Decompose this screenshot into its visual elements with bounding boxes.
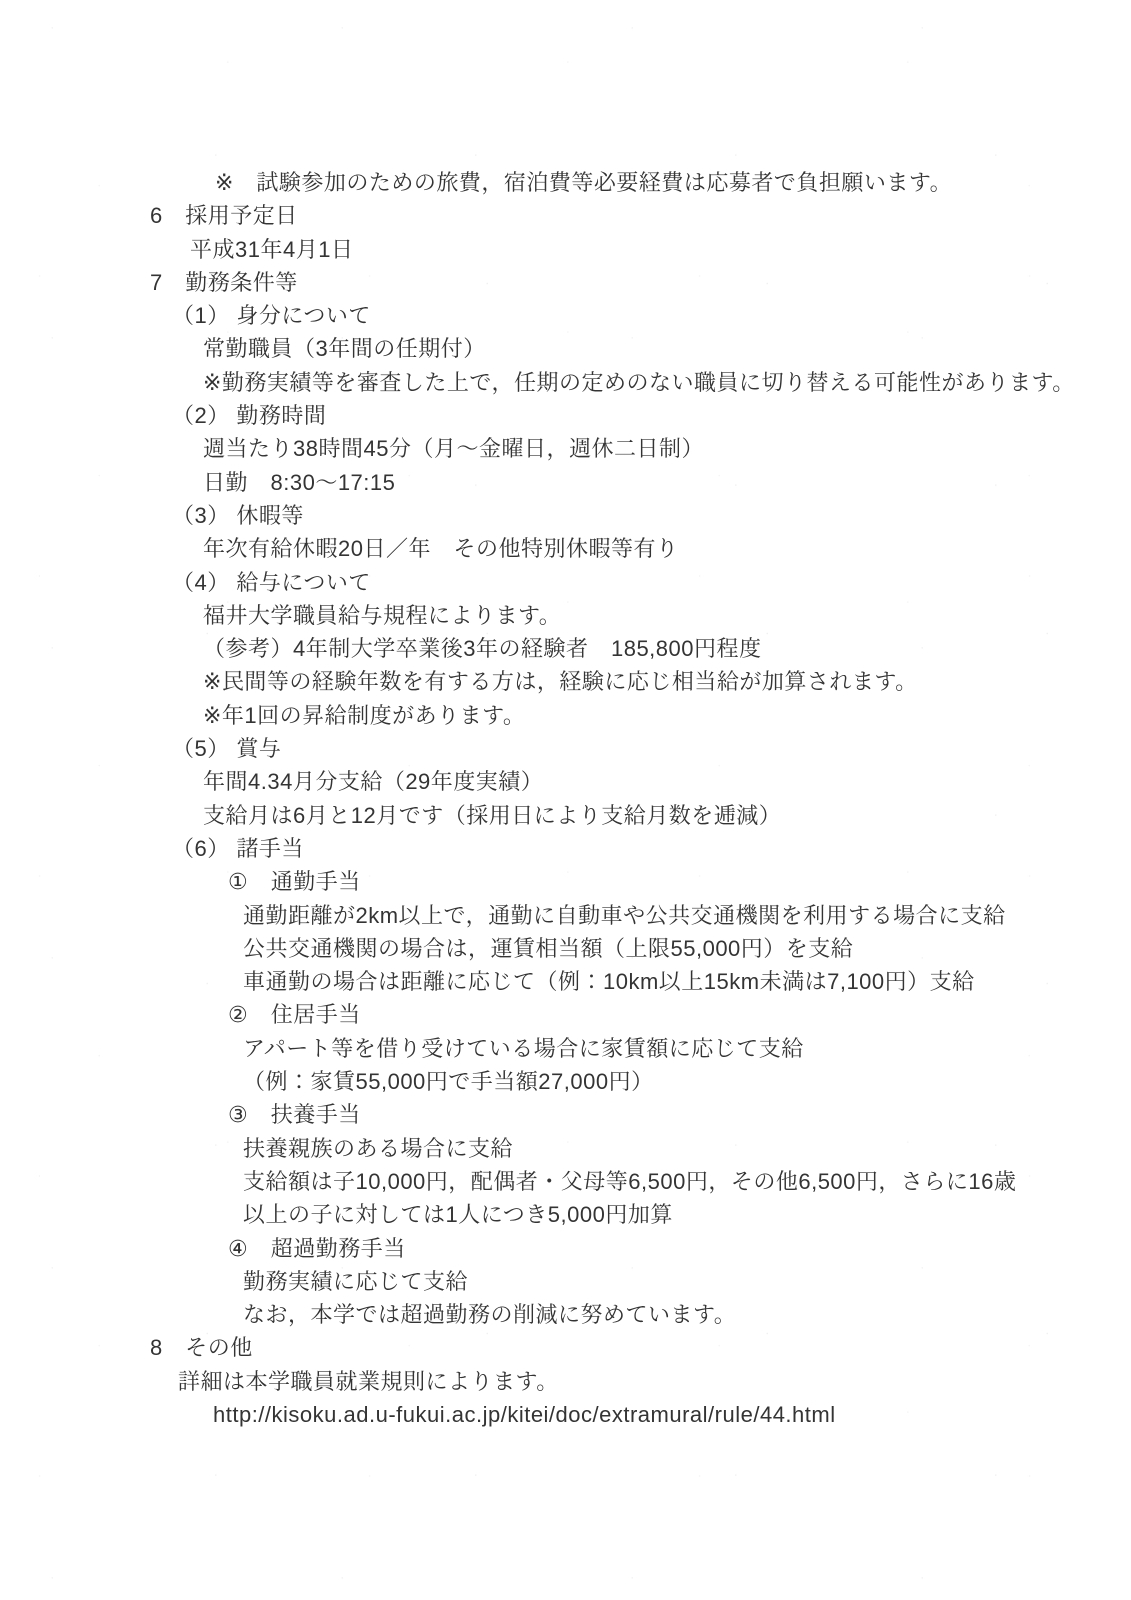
text-line: 常勤職員（3年間の任期付） bbox=[203, 332, 1131, 365]
subsection-5-heading: （5） 賞与 bbox=[172, 732, 1131, 765]
text-line: 福井大学職員給与規程によります。 bbox=[203, 599, 1131, 632]
section-8-heading: 8 その他 bbox=[150, 1331, 1131, 1364]
text-line: 年間4.34月分支給（29年度実績） bbox=[203, 765, 1131, 798]
text-line: 車通勤の場合は距離に応じて（例：10km以上15km未満は7,100円）支給 bbox=[243, 965, 1131, 998]
text-line: 勤務実績に応じて支給 bbox=[243, 1265, 1131, 1298]
text-line: 週当たり38時間45分（月～金曜日，週休二日制） bbox=[203, 432, 1131, 465]
text-line: 年次有給休暇20日／年 その他特別休暇等有り bbox=[203, 532, 1131, 565]
text-line: 支給月は6月と12月です（採用日により支給月数を逓減） bbox=[203, 799, 1131, 832]
subsection-6-heading: （6） 諸手当 bbox=[172, 832, 1131, 865]
allowance-item-4: ④ 超過勤務手当 bbox=[228, 1232, 1131, 1265]
subsection-2-heading: （2） 勤務時間 bbox=[172, 399, 1131, 432]
text-line: なお，本学では超過勤務の削減に努めています。 bbox=[243, 1298, 1131, 1331]
text-line: （参考）4年制大学卒業後3年の経験者 185,800円程度 bbox=[203, 632, 1131, 665]
hire-date-text: 平成31年4月1日 bbox=[190, 233, 1131, 266]
document-page: ※ 試験参加のための旅費，宿泊費等必要経費は応募者で負担願います。 6 採用予定… bbox=[0, 0, 1131, 1600]
subsection-4-heading: （4） 給与について bbox=[172, 566, 1131, 599]
text-line: 扶養親族のある場合に支給 bbox=[243, 1132, 1131, 1165]
url-text: http://kisoku.ad.u-fukui.ac.jp/kitei/doc… bbox=[213, 1398, 1131, 1431]
subsection-3-heading: （3） 休暇等 bbox=[172, 499, 1131, 532]
text-line: ※勤務実績等を審査した上で，任期の定めのない職員に切り替える可能性があります。 bbox=[203, 366, 1131, 399]
allowance-item-1: ① 通勤手当 bbox=[228, 865, 1131, 898]
note-line: ※ 試験参加のための旅費，宿泊費等必要経費は応募者で負担願います。 bbox=[215, 166, 1131, 199]
text-line: 詳細は本学職員就業規則によります。 bbox=[178, 1365, 1131, 1398]
text-line: アパート等を借り受けている場合に家賃額に応じて支給 bbox=[243, 1032, 1131, 1065]
section-7-heading: 7 勤務条件等 bbox=[150, 266, 1131, 299]
text-line: 通勤距離が2km以上で，通勤に自動車や公共交通機関を利用する場合に支給 bbox=[243, 899, 1131, 932]
document-text-block: ※ 試験参加のための旅費，宿泊費等必要経費は応募者で負担願います。 6 採用予定… bbox=[0, 166, 1131, 1431]
allowance-item-3: ③ 扶養手当 bbox=[228, 1098, 1131, 1131]
text-line: 公共交通機関の場合は，運賃相当額（上限55,000円）を支給 bbox=[243, 932, 1131, 965]
section-6-heading: 6 採用予定日 bbox=[150, 199, 1131, 232]
text-line: 以上の子に対しては1人につき5,000円加算 bbox=[243, 1198, 1131, 1231]
allowance-item-2: ② 住居手当 bbox=[228, 998, 1131, 1031]
text-line: 日勤 8:30～17:15 bbox=[203, 466, 1131, 499]
subsection-1-heading: （1） 身分について bbox=[172, 299, 1131, 332]
text-line: 支給額は子10,000円，配偶者・父母等6,500円，その他6,500円，さらに… bbox=[243, 1165, 1131, 1198]
text-line: ※民間等の経験年数を有する方は，経験に応じ相当給が加算されます。 bbox=[203, 665, 1131, 698]
text-line: （例：家賃55,000円で手当額27,000円） bbox=[243, 1065, 1131, 1098]
text-line: ※年1回の昇給制度があります。 bbox=[203, 699, 1131, 732]
